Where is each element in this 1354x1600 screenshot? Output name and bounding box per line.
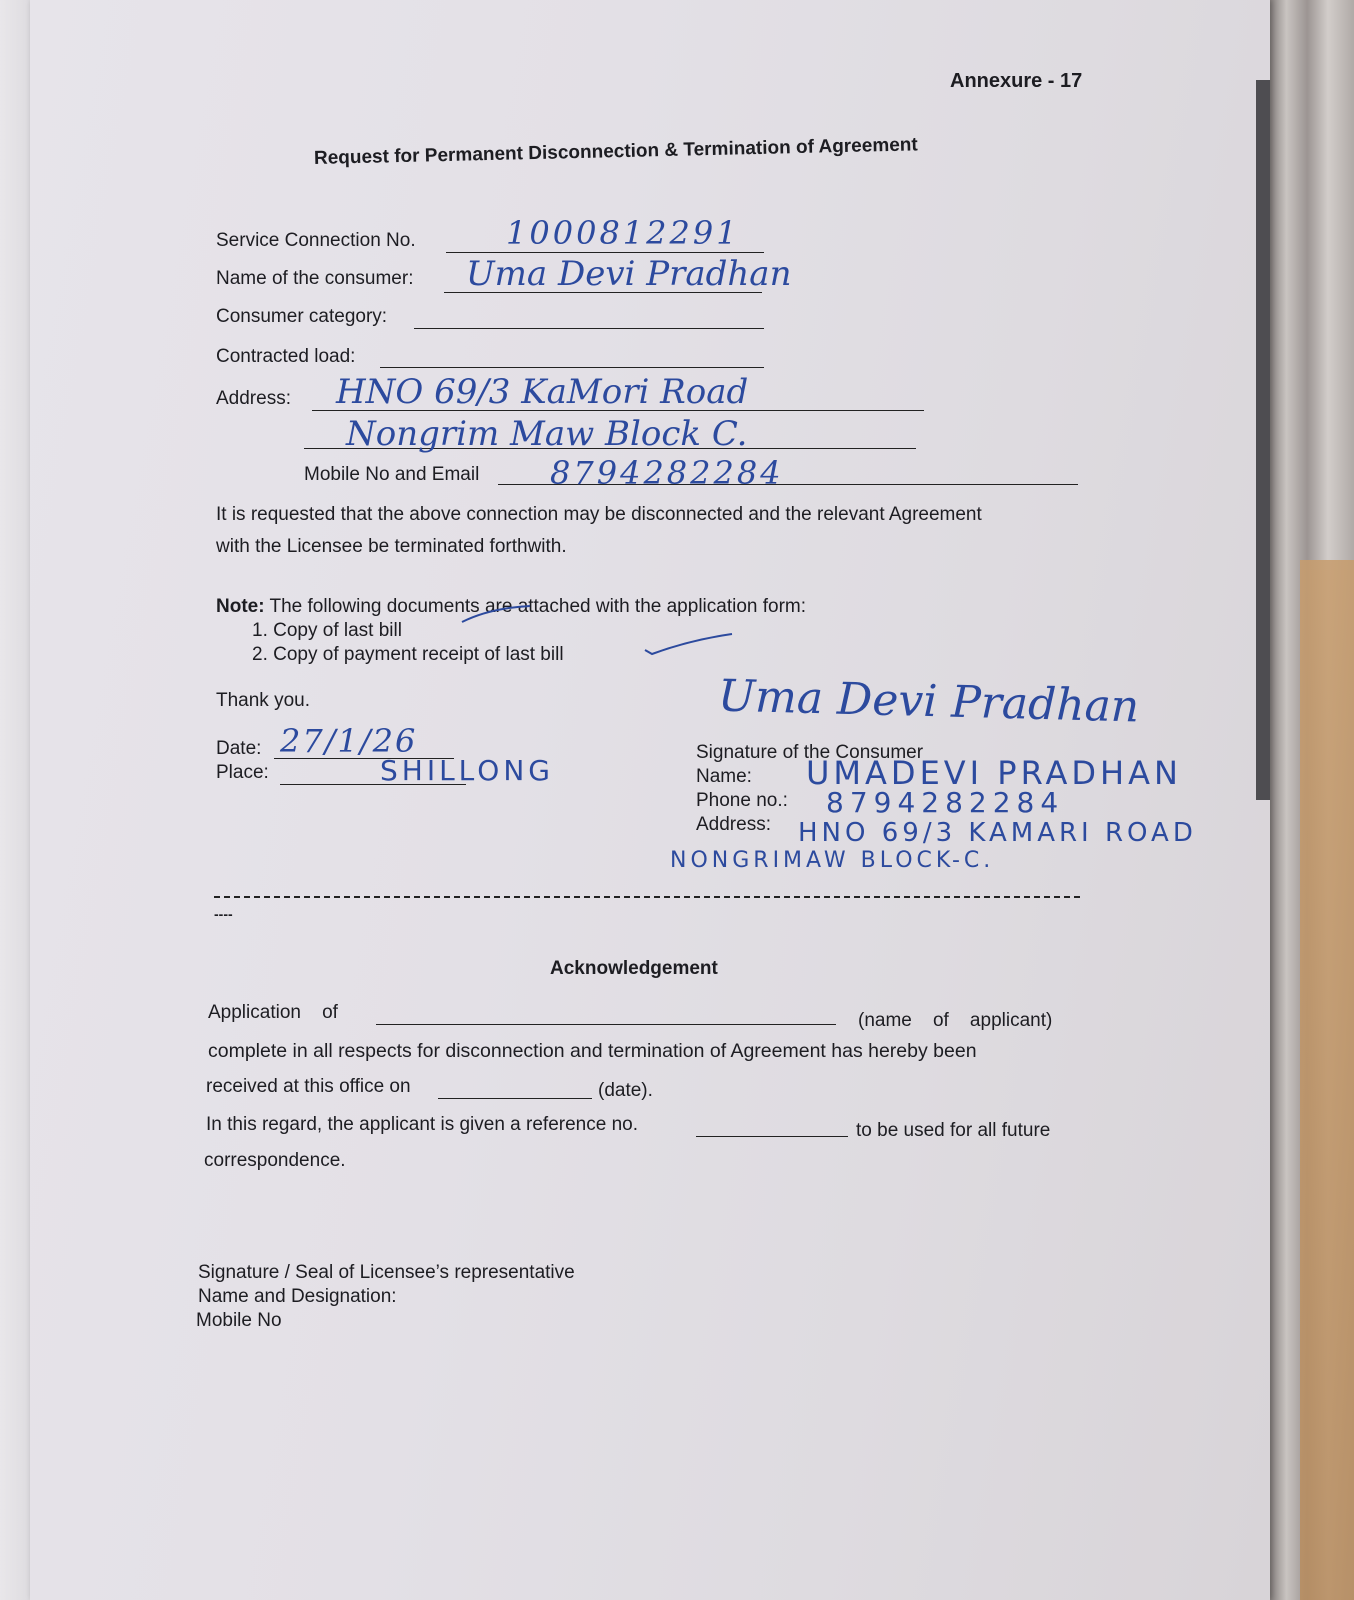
request-text-line2: with the Licensee be terminated forthwit… — [216, 536, 567, 558]
address-line1-value: HNO 69/3 KaMori Road — [336, 372, 748, 412]
sig-address-line2: NONGRIMAW BLOCK-C. — [670, 848, 994, 873]
service-connection-value: 1000812291 — [506, 214, 740, 252]
contracted-load-field[interactable] — [380, 367, 764, 368]
wooden-surface — [1300, 560, 1354, 1600]
consumer-category-field[interactable] — [414, 328, 764, 329]
name-designation-label: Name and Designation: — [198, 1286, 397, 1308]
contracted-load-label: Contracted load: — [216, 346, 355, 368]
ack-line5: correspondence. — [204, 1150, 346, 1172]
place-label: Place: — [216, 762, 269, 784]
sig-phone-value: 8794282284 — [826, 786, 1064, 819]
licensee-mobile-label: Mobile No — [196, 1310, 282, 1332]
cut-line-divider — [214, 896, 1080, 898]
sig-name-label: Name: — [696, 766, 752, 788]
note-label: Note: — [216, 596, 265, 617]
service-connection-label: Service Connection No. — [216, 230, 416, 252]
consumer-category-label: Consumer category: — [216, 306, 387, 328]
annexure-label: Annexure - 17 — [950, 70, 1082, 93]
attachment-item: 1. Copy of last bill — [252, 620, 402, 642]
cut-line-marker: ---- — [214, 906, 233, 922]
licensee-signature-label: Signature / Seal of Licensee’s represent… — [198, 1262, 575, 1284]
address-line2-value: Nongrim Maw Block C. — [346, 414, 747, 454]
acknowledgement-heading: Acknowledgement — [550, 958, 718, 980]
received-date-field[interactable] — [438, 1098, 592, 1099]
ack-line3-end: (date). — [598, 1080, 653, 1102]
place-value: SHILLONG — [380, 754, 554, 787]
address-label: Address: — [216, 388, 291, 410]
ack-line4-start: In this regard, the applicant is given a… — [206, 1114, 638, 1136]
mobile-email-value: 8794282284 — [550, 454, 784, 492]
ack-line1-start: Application of — [208, 1002, 338, 1024]
consumer-name-value: Uma Devi Pradhan — [466, 254, 791, 294]
ack-line1-end: (name of applicant) — [858, 1010, 1052, 1032]
thank-you: Thank you. — [216, 690, 310, 712]
date-label: Date: — [216, 738, 261, 760]
request-text-line1: It is requested that the above connectio… — [216, 504, 982, 526]
ack-line2: complete in all respects for disconnecti… — [208, 1040, 977, 1063]
tick-mark-icon — [460, 600, 750, 660]
reference-no-field[interactable] — [696, 1136, 848, 1137]
service-connection-field[interactable] — [446, 252, 764, 253]
sig-address-line1: HNO 69/3 KAMARI ROAD — [798, 818, 1197, 848]
applicant-name-field[interactable] — [376, 1024, 836, 1025]
sig-phone-label: Phone no.: — [696, 790, 788, 812]
consumer-name-label: Name of the consumer: — [216, 268, 413, 290]
ack-line3-start: received at this office on — [206, 1076, 411, 1098]
sig-address-label: Address: — [696, 814, 771, 836]
ack-line4-end: to be used for all future — [856, 1120, 1050, 1142]
mobile-email-label: Mobile No and Email — [304, 464, 479, 486]
photocopy-shadow-band — [1256, 80, 1270, 800]
